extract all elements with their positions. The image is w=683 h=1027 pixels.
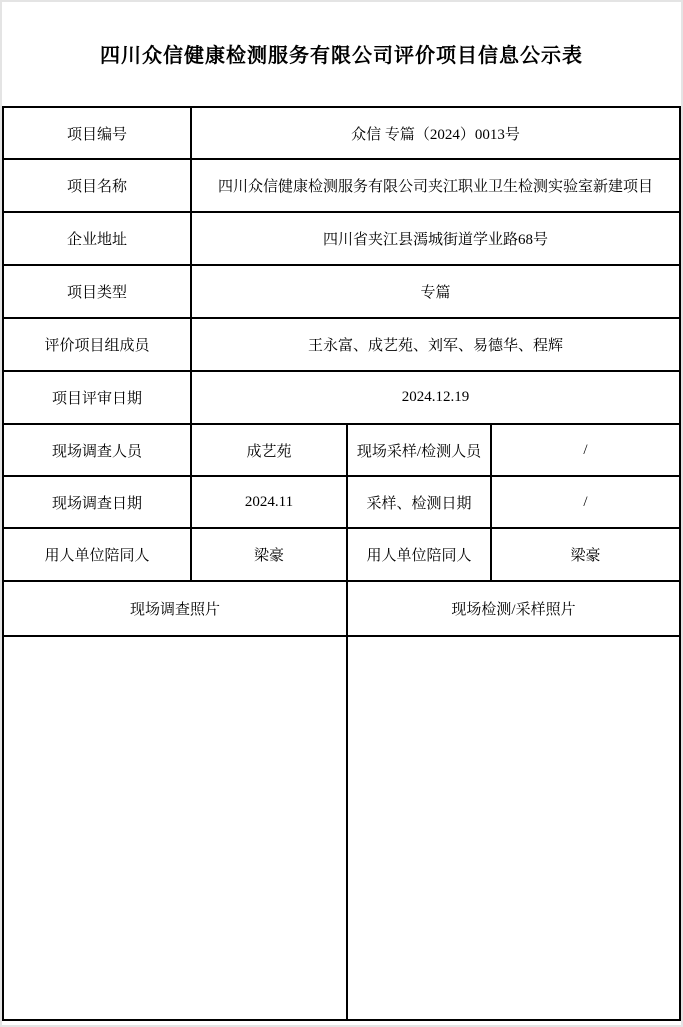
sampling-personnel-label: 现场采样/检测人员	[347, 424, 491, 476]
table-row: 现场调查日期 2024.11 采样、检测日期 /	[3, 476, 680, 528]
project-number-label: 项目编号	[3, 107, 191, 159]
review-date-label: 项目评审日期	[3, 371, 191, 424]
table-row: 评价项目组成员 王永富、成艺苑、刘军、易德华、程辉	[3, 318, 680, 371]
employer-escort-value-1: 梁豪	[191, 528, 347, 581]
project-name-value: 四川众信健康检测服务有限公司夹江职业卫生检测实验室新建项目	[191, 159, 680, 212]
survey-photos-label: 现场调查照片	[3, 581, 347, 636]
evaluation-team-label: 评价项目组成员	[3, 318, 191, 371]
employer-escort-label-1: 用人单位陪同人	[3, 528, 191, 581]
employer-escort-value-2: 梁豪	[491, 528, 680, 581]
document-page: 四川众信健康检测服务有限公司评价项目信息公示表 项目编号 众信 专篇（2024）…	[0, 0, 683, 1027]
sampling-date-value: /	[491, 476, 680, 528]
project-info-table: 项目编号 众信 专篇（2024）0013号 项目名称 四川众信健康检测服务有限公…	[2, 106, 681, 1021]
employer-escort-label-2: 用人单位陪同人	[347, 528, 491, 581]
table-row: 项目类型 专篇	[3, 265, 680, 318]
sampling-photos-label: 现场检测/采样照片	[347, 581, 680, 636]
sampling-personnel-value: /	[491, 424, 680, 476]
table-row: 项目评审日期 2024.12.19	[3, 371, 680, 424]
photo-areas-row	[3, 636, 680, 1020]
table-row: 项目编号 众信 专篇（2024）0013号	[3, 107, 680, 159]
sampling-photo-area	[347, 636, 680, 1020]
photo-labels-row: 现场调查照片 现场检测/采样照片	[3, 581, 680, 636]
table-row: 企业地址 四川省夹江县漹城街道学业路68号	[3, 212, 680, 265]
survey-date-value: 2024.11	[191, 476, 347, 528]
survey-personnel-label: 现场调查人员	[3, 424, 191, 476]
review-date-value: 2024.12.19	[191, 371, 680, 424]
project-type-label: 项目类型	[3, 265, 191, 318]
table-row: 现场调查人员 成艺苑 现场采样/检测人员 /	[3, 424, 680, 476]
survey-date-label: 现场调查日期	[3, 476, 191, 528]
company-address-label: 企业地址	[3, 212, 191, 265]
project-number-value: 众信 专篇（2024）0013号	[191, 107, 680, 159]
project-type-value: 专篇	[191, 265, 680, 318]
survey-personnel-value: 成艺苑	[191, 424, 347, 476]
company-address-value: 四川省夹江县漹城街道学业路68号	[191, 212, 680, 265]
project-name-label: 项目名称	[3, 159, 191, 212]
table-row: 用人单位陪同人 梁豪 用人单位陪同人 梁豪	[3, 528, 680, 581]
evaluation-team-value: 王永富、成艺苑、刘军、易德华、程辉	[191, 318, 680, 371]
table-row: 项目名称 四川众信健康检测服务有限公司夹江职业卫生检测实验室新建项目	[3, 159, 680, 212]
survey-photo-area	[3, 636, 347, 1020]
page-title: 四川众信健康检测服务有限公司评价项目信息公示表	[2, 42, 681, 70]
sampling-date-label: 采样、检测日期	[347, 476, 491, 528]
